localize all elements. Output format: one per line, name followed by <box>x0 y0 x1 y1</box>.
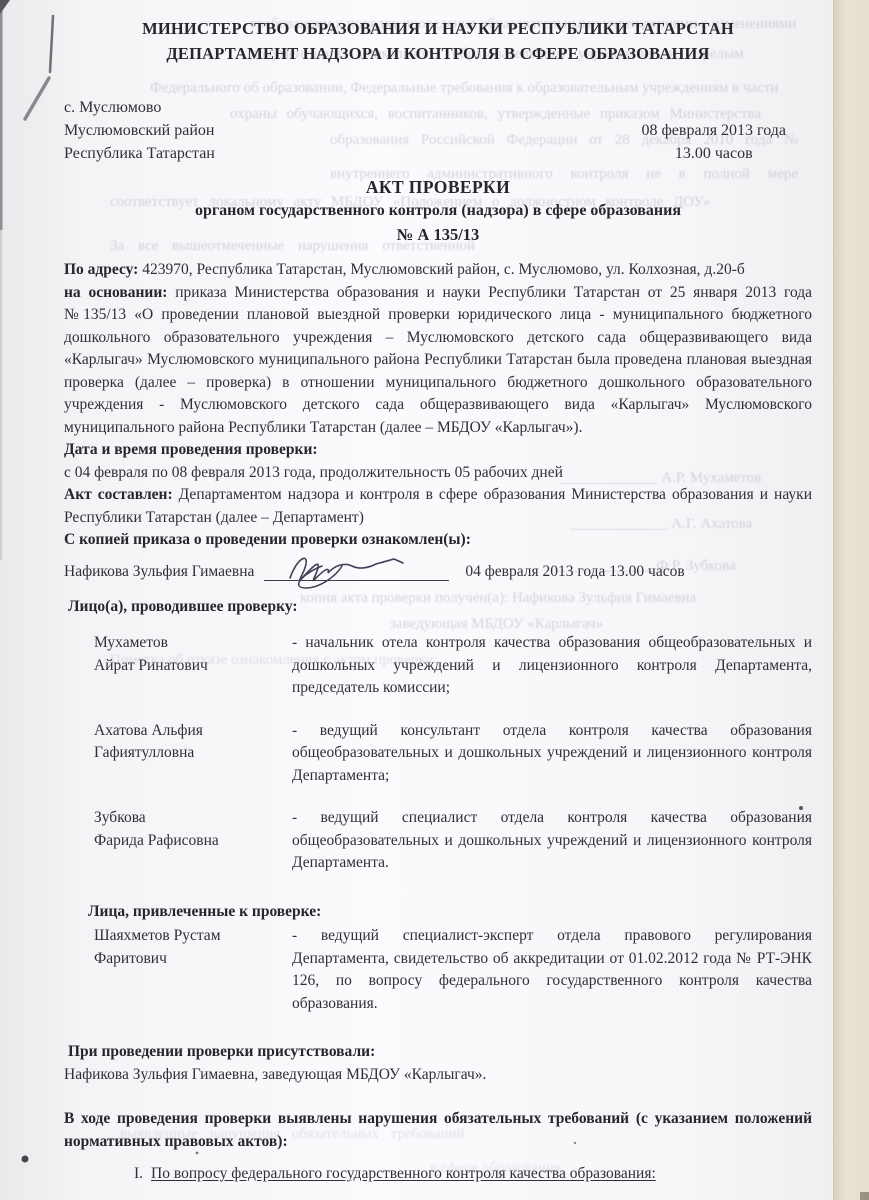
place-line: Муслюмовский район <box>64 119 215 142</box>
violations-heading: В ходе проведения проверки выявлены нару… <box>64 1108 812 1153</box>
scanned-document-page: требованиям к порядку проведения образов… <box>0 0 869 1200</box>
date-block: 08 февраля 2013 года 13.00 часов <box>641 119 812 165</box>
handwritten-signature <box>260 544 460 590</box>
composed-text: Департаментом надзора и контроля в сфере… <box>64 486 812 526</box>
act-title: АКТ ПРОВЕРКИ органом государственного ко… <box>64 175 812 247</box>
inspector-row: Зубкова Фарида Рафисовна - ведущий специ… <box>64 807 812 875</box>
place-line: Республика Татарстан <box>64 142 215 165</box>
place-line: с. Муслюмово <box>64 96 215 119</box>
inspectors-heading: Лицо(а), проводившее проверку: <box>64 596 812 619</box>
inspector-role: - начальник отела контроля качества обра… <box>292 632 812 700</box>
expert-name: Шаяхметов Рустам Фаритович <box>64 925 292 1015</box>
datetime-text: с 04 февраля по 08 февраля 2013 года, пр… <box>64 462 812 485</box>
violation-item: I.По вопросу федерального государственно… <box>64 1163 812 1186</box>
inspector-name: Зубкова Фарида Рафисовна <box>64 807 292 875</box>
inspector-role: - ведущий консультант отдела контроля ка… <box>292 720 812 788</box>
department-title: ДЕПАРТАМЕНТ НАДЗОРА И КОНТРОЛЯ В СФЕРЕ О… <box>64 41 812 66</box>
inspector-name: Ахатова Альфия Гафиятулловна <box>64 720 292 788</box>
document-body: МИНИСТЕРСТВО ОБРАЗОВАНИЯ И НАУКИ РЕСПУБЛ… <box>64 16 812 1186</box>
act-time: 13.00 часов <box>641 142 786 165</box>
act-number: № А 135/13 <box>64 223 812 247</box>
address-text: 423970, Республика Татарстан, Муслюмовск… <box>142 261 745 278</box>
ministry-title: МИНИСТЕРСТВО ОБРАЗОВАНИЯ И НАУКИ РЕСПУБЛ… <box>64 16 812 41</box>
basis-text: приказа Министерства образования и науки… <box>64 284 812 436</box>
expert-role: - ведущий специалист-эксперт отдела прав… <box>292 925 812 1015</box>
expert-row: Шаяхметов Рустам Фаритович - ведущий спе… <box>64 925 812 1015</box>
address-paragraph: По адресу: 423970, Республика Татарстан,… <box>64 259 812 282</box>
inspector-row: Ахатова Альфия Гафиятулловна - ведущий к… <box>64 720 812 788</box>
act-title-sub: органом государственного контроля (надзо… <box>64 199 812 223</box>
violation-item-number: I. <box>134 1165 143 1182</box>
place-block: с. Муслюмово Муслюмовский район Республи… <box>64 96 215 165</box>
datetime-heading: Дата и время проведения проверки: <box>64 439 812 462</box>
inspector-name: Мухаметов Айрат Ринатович <box>64 632 292 700</box>
inspector-row: Мухаметов Айрат Ринатович - начальник от… <box>64 632 812 700</box>
basis-paragraph: на основании: приказа Министерства образ… <box>64 282 812 440</box>
act-date: 08 февраля 2013 года <box>641 119 786 142</box>
composed-label: Акт составлен: <box>64 486 173 503</box>
violation-item-text: По вопросу федерального государственного… <box>151 1165 656 1182</box>
present-text: Нафикова Зульфия Гимаевна, заведующая МБ… <box>64 1064 812 1087</box>
acknowledged-name: Нафикова Зульфия Гимаевна <box>64 561 254 584</box>
inspector-role: - ведущий специалист отдела контроля кач… <box>292 807 812 875</box>
act-title-main: АКТ ПРОВЕРКИ <box>64 175 812 199</box>
address-label: По адресу: <box>64 261 138 278</box>
signature-line <box>264 562 449 581</box>
composed-paragraph: Акт составлен: Департаментом надзора и к… <box>64 484 812 529</box>
attracted-heading: Лица, привлеченные к проверке: <box>64 901 812 924</box>
acknowledged-datetime: 04 февраля 2013 года 13.00 часов <box>465 561 684 584</box>
acknowledgement-row: Нафикова Зульфия Гимаевна 04 февраля 201… <box>64 554 812 584</box>
basis-label: на основании: <box>64 284 167 301</box>
present-heading: При проведении проверки присутствовали: <box>64 1041 812 1064</box>
